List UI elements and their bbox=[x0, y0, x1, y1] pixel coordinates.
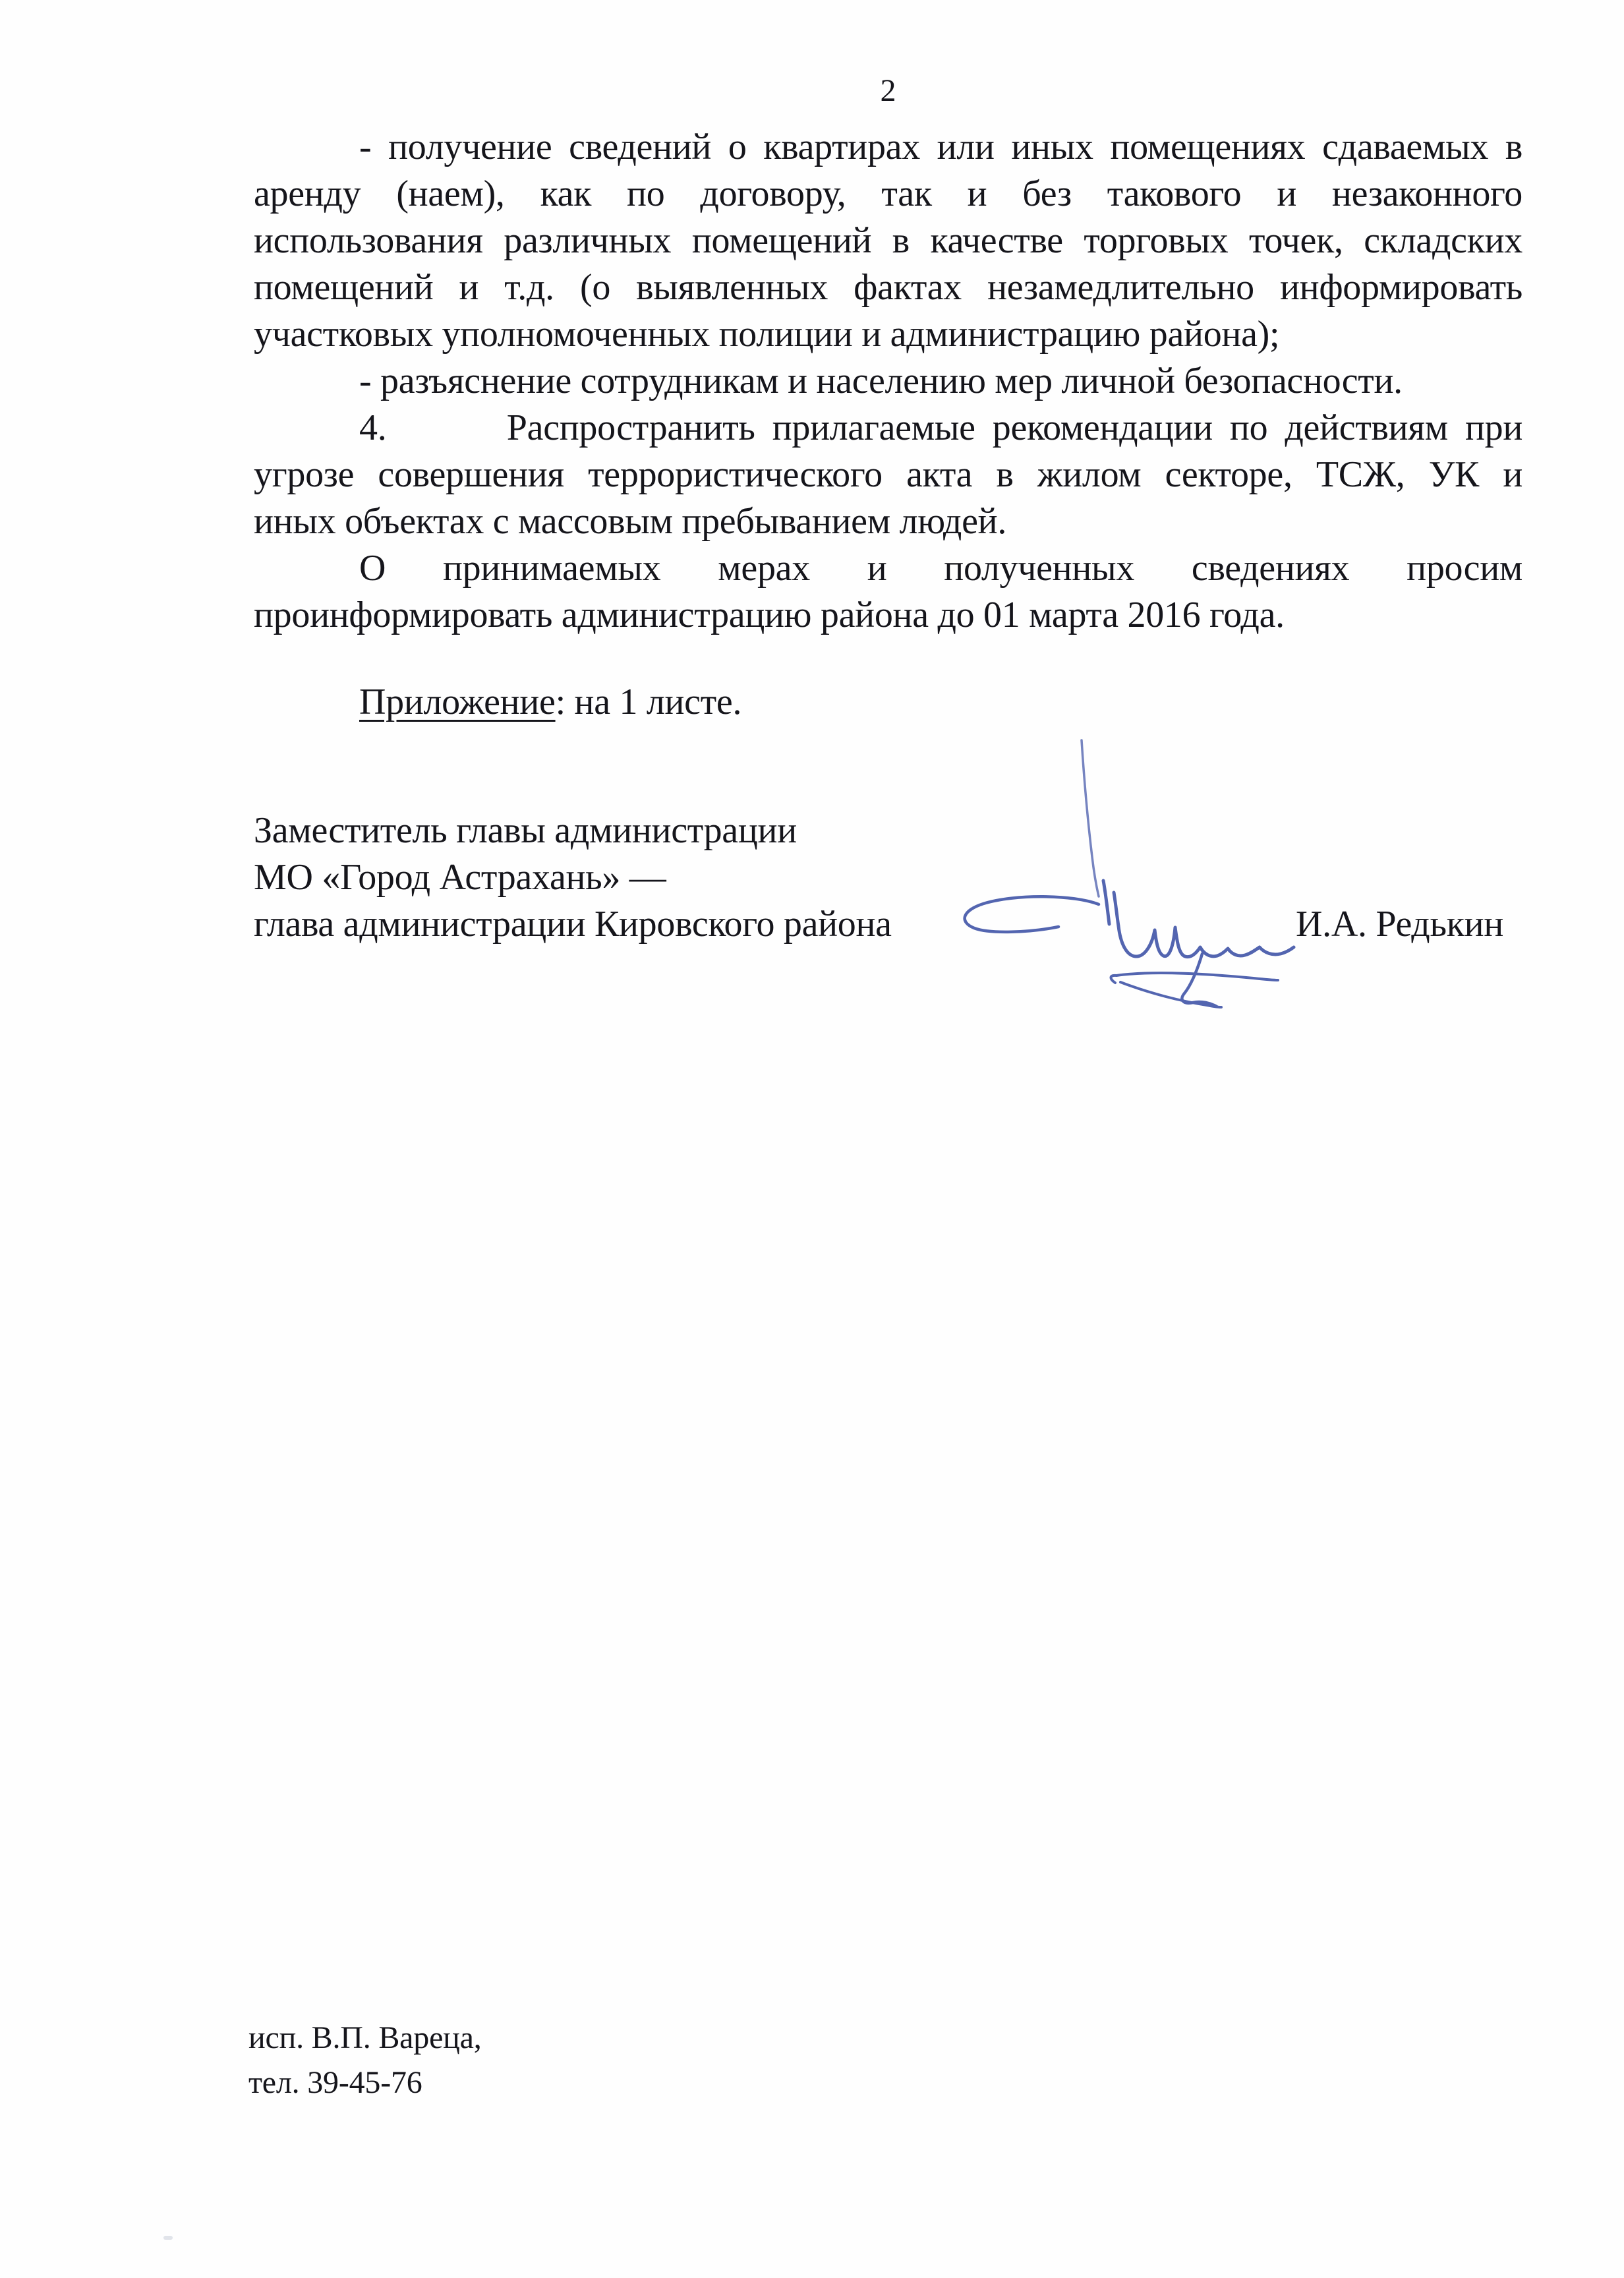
signatory-name: И.А. Редькин bbox=[1296, 901, 1503, 948]
body-line: помещений и т.д. (о выявленных фактах не… bbox=[254, 264, 1522, 311]
scanned-letter-page: 2 - получение сведений о квартирах или и… bbox=[0, 0, 1624, 2278]
attachment-line: Приложение: на 1 листе. bbox=[254, 679, 1522, 726]
body-line: угрозе совершения террористического акта… bbox=[254, 452, 1522, 498]
attachment-suffix: : на 1 листе. bbox=[556, 682, 742, 722]
body-line: аренду (наем), как по договору, так и бе… bbox=[254, 171, 1522, 218]
body-line: О принимаемых мерах и полученных сведени… bbox=[254, 545, 1522, 592]
executor-name: исп. В.П. Вареца, bbox=[248, 2016, 482, 2060]
body-line: 4. Распространить прилагаемые рекомендац… bbox=[254, 405, 1522, 452]
body-line: - получение сведений о квартирах или ины… bbox=[254, 124, 1522, 171]
page-number: 2 bbox=[254, 74, 1522, 108]
executor-phone: тел. 39-45-76 bbox=[248, 2060, 482, 2105]
scan-speck bbox=[163, 2236, 173, 2240]
body-line: участковых уполномоченных полиции и адми… bbox=[254, 311, 1522, 358]
body-line: иных объектах с массовым пребыванием люд… bbox=[254, 498, 1522, 545]
signatory-title-line: Заместитель главы администрации bbox=[254, 807, 1176, 854]
signatory-title-line: глава администрации Кировского района bbox=[254, 901, 1176, 948]
signatory-title-block: Заместитель главы администрации МО «Горо… bbox=[254, 807, 1176, 948]
attachment-label: Приложение bbox=[359, 682, 556, 722]
signatory-title-line: МО «Город Астрахань» — bbox=[254, 854, 1176, 901]
executor-block: исп. В.П. Вареца, тел. 39-45-76 bbox=[248, 2016, 482, 2105]
body-line: использования различных помещений в каче… bbox=[254, 218, 1522, 264]
letter-body: - получение сведений о квартирах или ины… bbox=[254, 124, 1522, 639]
body-line: - разъяснение сотрудникам и населению ме… bbox=[254, 358, 1522, 405]
body-line: проинформировать администрацию района до… bbox=[254, 592, 1522, 639]
